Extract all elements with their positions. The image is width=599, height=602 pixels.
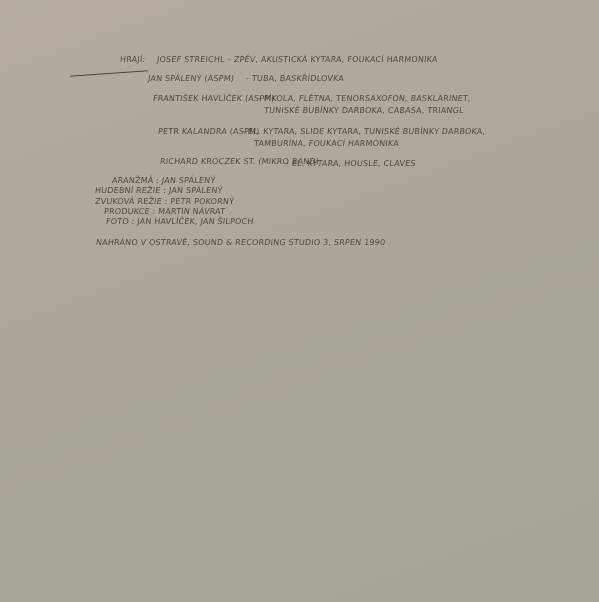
hraji-label: Hrají: [120,55,146,64]
production-credit: Hudební režie : Jan Spálený [95,186,224,195]
musician-instruments: - zpěv, akustická kytara, foukací harmon… [228,55,439,64]
musician-instruments-cont: tamburína, foukací harmonika [254,139,400,148]
musician-name: Jan Spálený (ASPM) [148,74,235,83]
production-credit: Produkce : Martin Návrat [104,207,226,216]
production-credit: Zvuková režie : Petr Pokorný [95,197,235,206]
underline-stroke [70,70,148,76]
recording-info: Nahráno v Ostravě, Sound & Recording Stu… [96,238,386,247]
musician-instruments: - tuba, baskřídlovka [246,74,345,83]
production-credit: Foto : Jan Havlíček, Jan Šilpoch [106,217,255,226]
musician-instruments: - el. kytara, housle, claves [286,159,417,168]
musician-instruments-cont: tuniské bubínky darboka, cabasa, triangl [264,106,465,115]
musician-instruments: - píkola, flétna, tenorsaxofon, basklari… [258,94,472,103]
production-credit: Aranžmá : Jan Spálený [112,176,216,185]
musician-name: Josef Streichl [157,55,226,64]
musician-instruments: - el. kytara, slide kytara, tuniské bubí… [242,127,486,136]
